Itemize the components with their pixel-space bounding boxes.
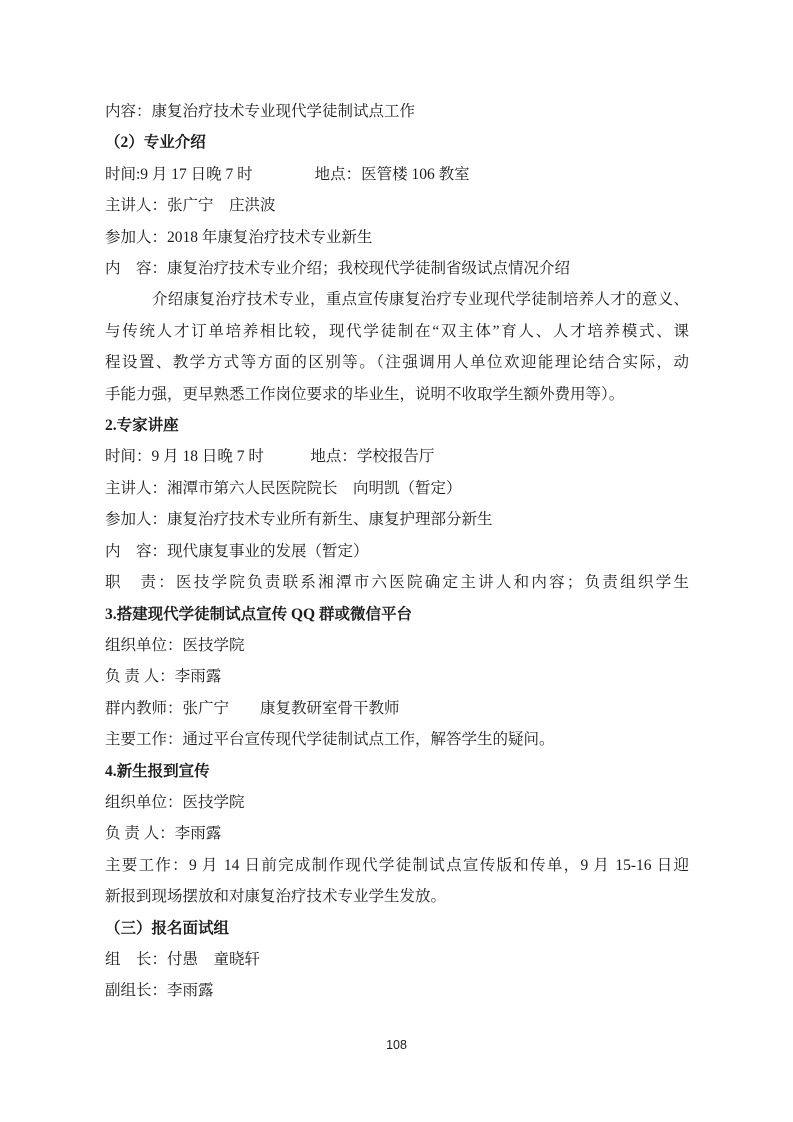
text-line: 主讲人：湘潭市第六人民医院院长 向明凯（暂定）: [105, 473, 689, 504]
paragraph: 参加人：2018 年康复治疗技术专业新生: [105, 222, 689, 253]
section-heading: （三）报名面试组: [105, 913, 689, 944]
text-line: 组 长：付愚 童晓轩: [105, 944, 689, 975]
text-line: 内容：康复治疗技术专业现代学徒制试点工作: [105, 96, 689, 127]
document-page: 内容：康复治疗技术专业现代学徒制试点工作（2）专业介绍时间:9 月 17 日晚 …: [0, 0, 793, 1122]
text-line: 2.专家讲座: [105, 410, 689, 441]
text-line: （2）专业介绍: [105, 127, 689, 158]
text-line: 新报到现场摆放和对康复治疗技术专业学生发放。: [105, 881, 689, 912]
paragraph: 内 容：现代康复事业的发展（暂定）: [105, 536, 689, 567]
paragraph: 职 责：医技学院负责联系湘潭市六医院确定主讲人和内容；负责组织学生: [105, 567, 689, 598]
paragraph: 主讲人：张广宁 庄洪波: [105, 190, 689, 221]
paragraph: 组织单位：医技学院: [105, 787, 689, 818]
text-line: 内 容：现代康复事业的发展（暂定）: [105, 536, 689, 567]
text-line: 3.搭建现代学徒制试点宣传 QQ 群或微信平台: [105, 599, 689, 630]
text-line: 4.新生报到宣传: [105, 756, 689, 787]
text-line: 时间:9 月 17 日晚 7 时 地点：医管楼 106 教室: [105, 159, 689, 190]
text-line: 副组长：李雨露: [105, 975, 689, 1006]
paragraph: 副组长：李雨露: [105, 975, 689, 1006]
paragraph: 组 长：付愚 童晓轩: [105, 944, 689, 975]
text-line: 内 容：康复治疗技术专业介绍；我校现代学徒制省级试点情况介绍: [105, 253, 689, 284]
paragraph: 时间：9 月 18 日晚 7 时 地点：学校报告厅: [105, 441, 689, 472]
paragraph: 负 责 人：李雨露: [105, 818, 689, 849]
paragraph: 内 容：康复治疗技术专业介绍；我校现代学徒制省级试点情况介绍: [105, 253, 689, 284]
text-line: 主讲人：张广宁 庄洪波: [105, 190, 689, 221]
text-line: 组织单位：医技学院: [105, 787, 689, 818]
text-line: 程设置、教学方式等方面的区别等。（注强调用人单位欢迎能理论结合实际，动: [105, 347, 689, 378]
paragraph: 负 责 人：李雨露: [105, 661, 689, 692]
paragraph: 介绍康复治疗技术专业，重点宣传康复治疗专业现代学徒制培养人才的意义、与传统人才订…: [105, 284, 689, 410]
text-line: 主要工作：9 月 14 日前完成制作现代学徒制试点宣传版和传单，9 月 15-1…: [105, 850, 689, 881]
paragraph: 内容：康复治疗技术专业现代学徒制试点工作: [105, 96, 689, 127]
text-line: 参加人：康复治疗技术专业所有新生、康复护理部分新生: [105, 504, 689, 535]
text-line: 职 责：医技学院负责联系湘潭市六医院确定主讲人和内容；负责组织学生: [105, 567, 689, 598]
page-number: 108: [0, 1038, 793, 1052]
paragraph: 参加人：康复治疗技术专业所有新生、康复护理部分新生: [105, 504, 689, 535]
text-line: 时间：9 月 18 日晚 7 时 地点：学校报告厅: [105, 441, 689, 472]
paragraph: 主讲人：湘潭市第六人民医院院长 向明凯（暂定）: [105, 473, 689, 504]
section-heading: （2）专业介绍: [105, 127, 689, 158]
paragraph: 主要工作：通过平台宣传现代学徒制试点工作，解答学生的疑问。: [105, 724, 689, 755]
text-line: 介绍康复治疗技术专业，重点宣传康复治疗专业现代学徒制培养人才的意义、: [105, 284, 689, 315]
section-heading: 2.专家讲座: [105, 410, 689, 441]
section-heading: 4.新生报到宣传: [105, 756, 689, 787]
document-content: 内容：康复治疗技术专业现代学徒制试点工作（2）专业介绍时间:9 月 17 日晚 …: [105, 96, 689, 1007]
text-line: 组织单位：医技学院: [105, 630, 689, 661]
section-heading: 3.搭建现代学徒制试点宣传 QQ 群或微信平台: [105, 599, 689, 630]
text-line: 与传统人才订单培养相比较，现代学徒制在“双主体”育人、人才培养模式、课: [105, 316, 689, 347]
text-line: 负 责 人：李雨露: [105, 818, 689, 849]
paragraph: 时间:9 月 17 日晚 7 时 地点：医管楼 106 教室: [105, 159, 689, 190]
text-line: 手能力强，更早熟悉工作岗位要求的毕业生，说明不收取学生额外费用等）。: [105, 379, 689, 410]
text-line: 群内教师：张广宁 康复教研室骨干教师: [105, 693, 689, 724]
text-line: 参加人：2018 年康复治疗技术专业新生: [105, 222, 689, 253]
paragraph: 主要工作：9 月 14 日前完成制作现代学徒制试点宣传版和传单，9 月 15-1…: [105, 850, 689, 913]
paragraph: 组织单位：医技学院: [105, 630, 689, 661]
paragraph: 群内教师：张广宁 康复教研室骨干教师: [105, 693, 689, 724]
text-line: 主要工作：通过平台宣传现代学徒制试点工作，解答学生的疑问。: [105, 724, 689, 755]
text-line: （三）报名面试组: [105, 913, 689, 944]
text-line: 负 责 人：李雨露: [105, 661, 689, 692]
